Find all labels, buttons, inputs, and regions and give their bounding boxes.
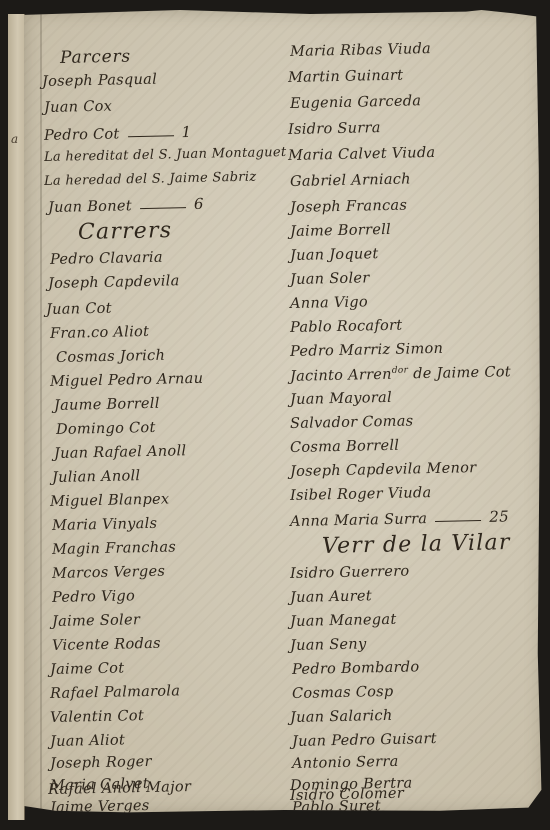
list-item: Antonio Serra xyxy=(292,754,399,772)
list-item: La hereditat del S. Juan Montaguet xyxy=(44,145,287,165)
tally-dash xyxy=(435,519,481,521)
list-item: Domingo Cot xyxy=(56,420,156,438)
list-item: Gabriel Arniach xyxy=(290,171,411,190)
list-item: Pedro Bombardo xyxy=(292,659,420,678)
list-item: Martin Guinart xyxy=(288,68,404,86)
list-item: Juan Cot xyxy=(46,301,112,318)
margin-fragment-text: a xyxy=(11,132,18,146)
list-item: Pablo Suret xyxy=(292,798,381,816)
list-item: Vicente Rodas xyxy=(52,636,161,654)
list-item: Juan Manegat xyxy=(290,612,397,630)
list-item: Rafael Anoll Major xyxy=(48,779,192,798)
list-item: Miguel Pedro Arnau xyxy=(50,371,204,390)
list-item: Isibel Roger Viuda xyxy=(290,485,432,504)
list-item: Pablo Rocafort xyxy=(290,318,403,336)
tally-count: 25 xyxy=(489,507,509,525)
list-item: Miguel Blanpex xyxy=(50,492,170,510)
list-item: Juan Aliot xyxy=(50,732,125,750)
list-item: Rafael Palmarola xyxy=(50,683,181,702)
list-item: Joseph Roger xyxy=(50,754,152,772)
list-item: Julian Anoll xyxy=(52,468,141,486)
list-item: Juan Seny xyxy=(290,636,367,654)
list-item: Juan Mayoral xyxy=(290,390,392,408)
list-item: Juan Cox xyxy=(44,99,112,116)
list-item: Pedro Marriz Simon xyxy=(290,341,444,360)
list-item: Pedro Cot1 xyxy=(44,123,192,144)
entry-name: Juan Bonet xyxy=(48,198,132,216)
list-item: Juan Soler xyxy=(290,270,370,288)
list-item: Isidro Guerrero xyxy=(290,563,410,581)
section-heading-parcers: Parcers xyxy=(60,47,131,68)
entry-name: Jacinto Arren xyxy=(290,367,392,385)
entry-name: Anna Maria Surra xyxy=(290,511,428,530)
list-item: Maria Calvet Viuda xyxy=(288,145,436,164)
entry-name: Pedro Cot xyxy=(44,126,120,144)
list-item: Juan Bonet6 xyxy=(48,195,204,216)
tally-count: 6 xyxy=(194,195,204,213)
manuscript-page: Parcers Joseph Pasqual Juan Cox Pedro Co… xyxy=(24,10,544,814)
list-item: Pedro Clavaria xyxy=(50,250,163,268)
list-item: Joseph Francas xyxy=(290,198,407,216)
list-item: Fran.co Aliot xyxy=(50,324,150,342)
tally-dash xyxy=(140,207,186,209)
tally-dash xyxy=(128,135,174,137)
list-item: Cosma Borrell xyxy=(290,438,400,456)
entry-superscript: dor xyxy=(392,366,409,376)
list-item: Juan Rafael Anoll xyxy=(54,443,187,462)
list-item: Juan Salarich xyxy=(290,708,393,726)
list-item: Maria Ribas Viuda xyxy=(290,41,431,60)
list-item: Juan Auret xyxy=(290,588,372,606)
list-item: Jaime Soler xyxy=(52,612,140,630)
list-item: Jaime Verges xyxy=(50,798,150,816)
list-item: Anna Maria Surra25 xyxy=(290,507,509,530)
list-item: Isidro Surra xyxy=(288,120,381,138)
list-item: Juan Joquet xyxy=(290,246,379,264)
tally-count: 1 xyxy=(181,123,191,141)
list-item: Cosmas Jorich xyxy=(56,348,165,366)
list-item: Magin Franchas xyxy=(52,539,176,558)
list-item: Eugenia Garceda xyxy=(290,93,422,112)
list-item: Juan Pedro Guisart xyxy=(292,731,437,750)
list-item: Valentin Cot xyxy=(50,708,144,726)
list-item: Jacinto Arrendor de Jaime Cot xyxy=(290,363,511,384)
list-item: Jaime Cot xyxy=(50,660,125,678)
list-item: Salvador Comas xyxy=(290,413,414,432)
list-item: Joseph Pasqual xyxy=(42,72,157,90)
list-item: Joseph Capdevila xyxy=(48,273,180,292)
list-item: Marcos Verges xyxy=(52,564,165,582)
page-fold-line xyxy=(40,10,42,814)
list-item: Joseph Capdevila Menor xyxy=(290,460,477,480)
list-item: Jaime Borrell xyxy=(290,222,391,240)
section-heading-carrers: Carrers xyxy=(78,218,173,245)
entry-suffix: de Jaime Cot xyxy=(413,364,511,382)
list-item: Cosmas Cosp xyxy=(292,684,394,702)
list-item: Pedro Vigo xyxy=(52,588,135,606)
list-item: Anna Vigo xyxy=(290,294,368,312)
list-item: La heredad del S. Jaime Sabriz xyxy=(44,170,257,189)
previous-page-edge: a xyxy=(8,14,25,820)
section-heading-verr-de-la-vilar: Verr de la Vilar xyxy=(322,530,511,559)
list-item: Jaume Borrell xyxy=(54,396,160,414)
list-item: Maria Vinyals xyxy=(52,516,158,534)
